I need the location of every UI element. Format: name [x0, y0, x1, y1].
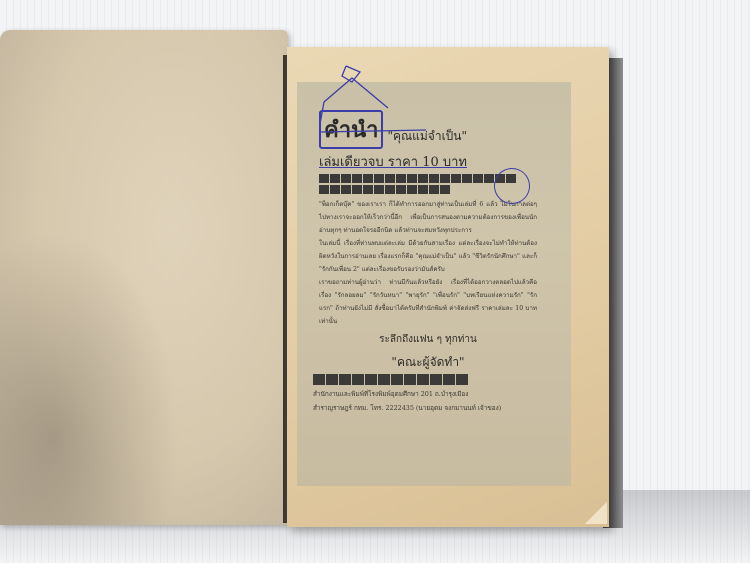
photo-scene: คำนำ "คุณแม่จำเป็น" เล่มเดียวจบ ราคา 10 … — [0, 0, 750, 563]
page-heading: คำนำ — [319, 110, 383, 149]
folded-corner — [585, 502, 607, 524]
body-text: "พ็อกเก็ตบุ๊ค" ของเราเรา ก็ได้ทำการออกมา… — [319, 198, 537, 328]
closing-line: ระลึกถึงแฟน ๆ ทุกท่าน — [319, 332, 537, 347]
left-page-blank — [0, 30, 288, 525]
address-line-1: สำนักงานและพิมพ์ที่โรงพิมพ์อุดมศึกษา 201… — [313, 387, 563, 401]
paragraph: เราขอถามท่านผู้อ่านว่า ท่านมีกันแล้วหรือ… — [319, 276, 537, 328]
heading-subtitle: "คุณแม่จำเป็น" — [387, 127, 467, 149]
address-line-2: สำราญราษฎร์ กทม. โทร. 2222435 (นายอุดม จ… — [313, 401, 563, 415]
paragraph: ในเล่มนี้ เรื่องที่ท่านพบแต่ละเล่ม มีด้ว… — [319, 237, 537, 276]
heading-row: คำนำ "คุณแม่จำเป็น" — [319, 110, 559, 149]
redaction-blocks-row2 — [319, 185, 451, 194]
signature: "คณะผู้จัดทำ" — [319, 353, 537, 372]
price-line: เล่มเดียวจบ ราคา 10 บาท — [319, 151, 559, 172]
paragraph: "พ็อกเก็ตบุ๊ค" ของเราเรา ก็ได้ทำการออกมา… — [319, 198, 537, 237]
printed-text-block: คำนำ "คุณแม่จำเป็น" เล่มเดียวจบ ราคา 10 … — [297, 82, 571, 486]
signature-redaction-blocks — [313, 374, 473, 385]
left-page-shadow — [0, 230, 180, 525]
